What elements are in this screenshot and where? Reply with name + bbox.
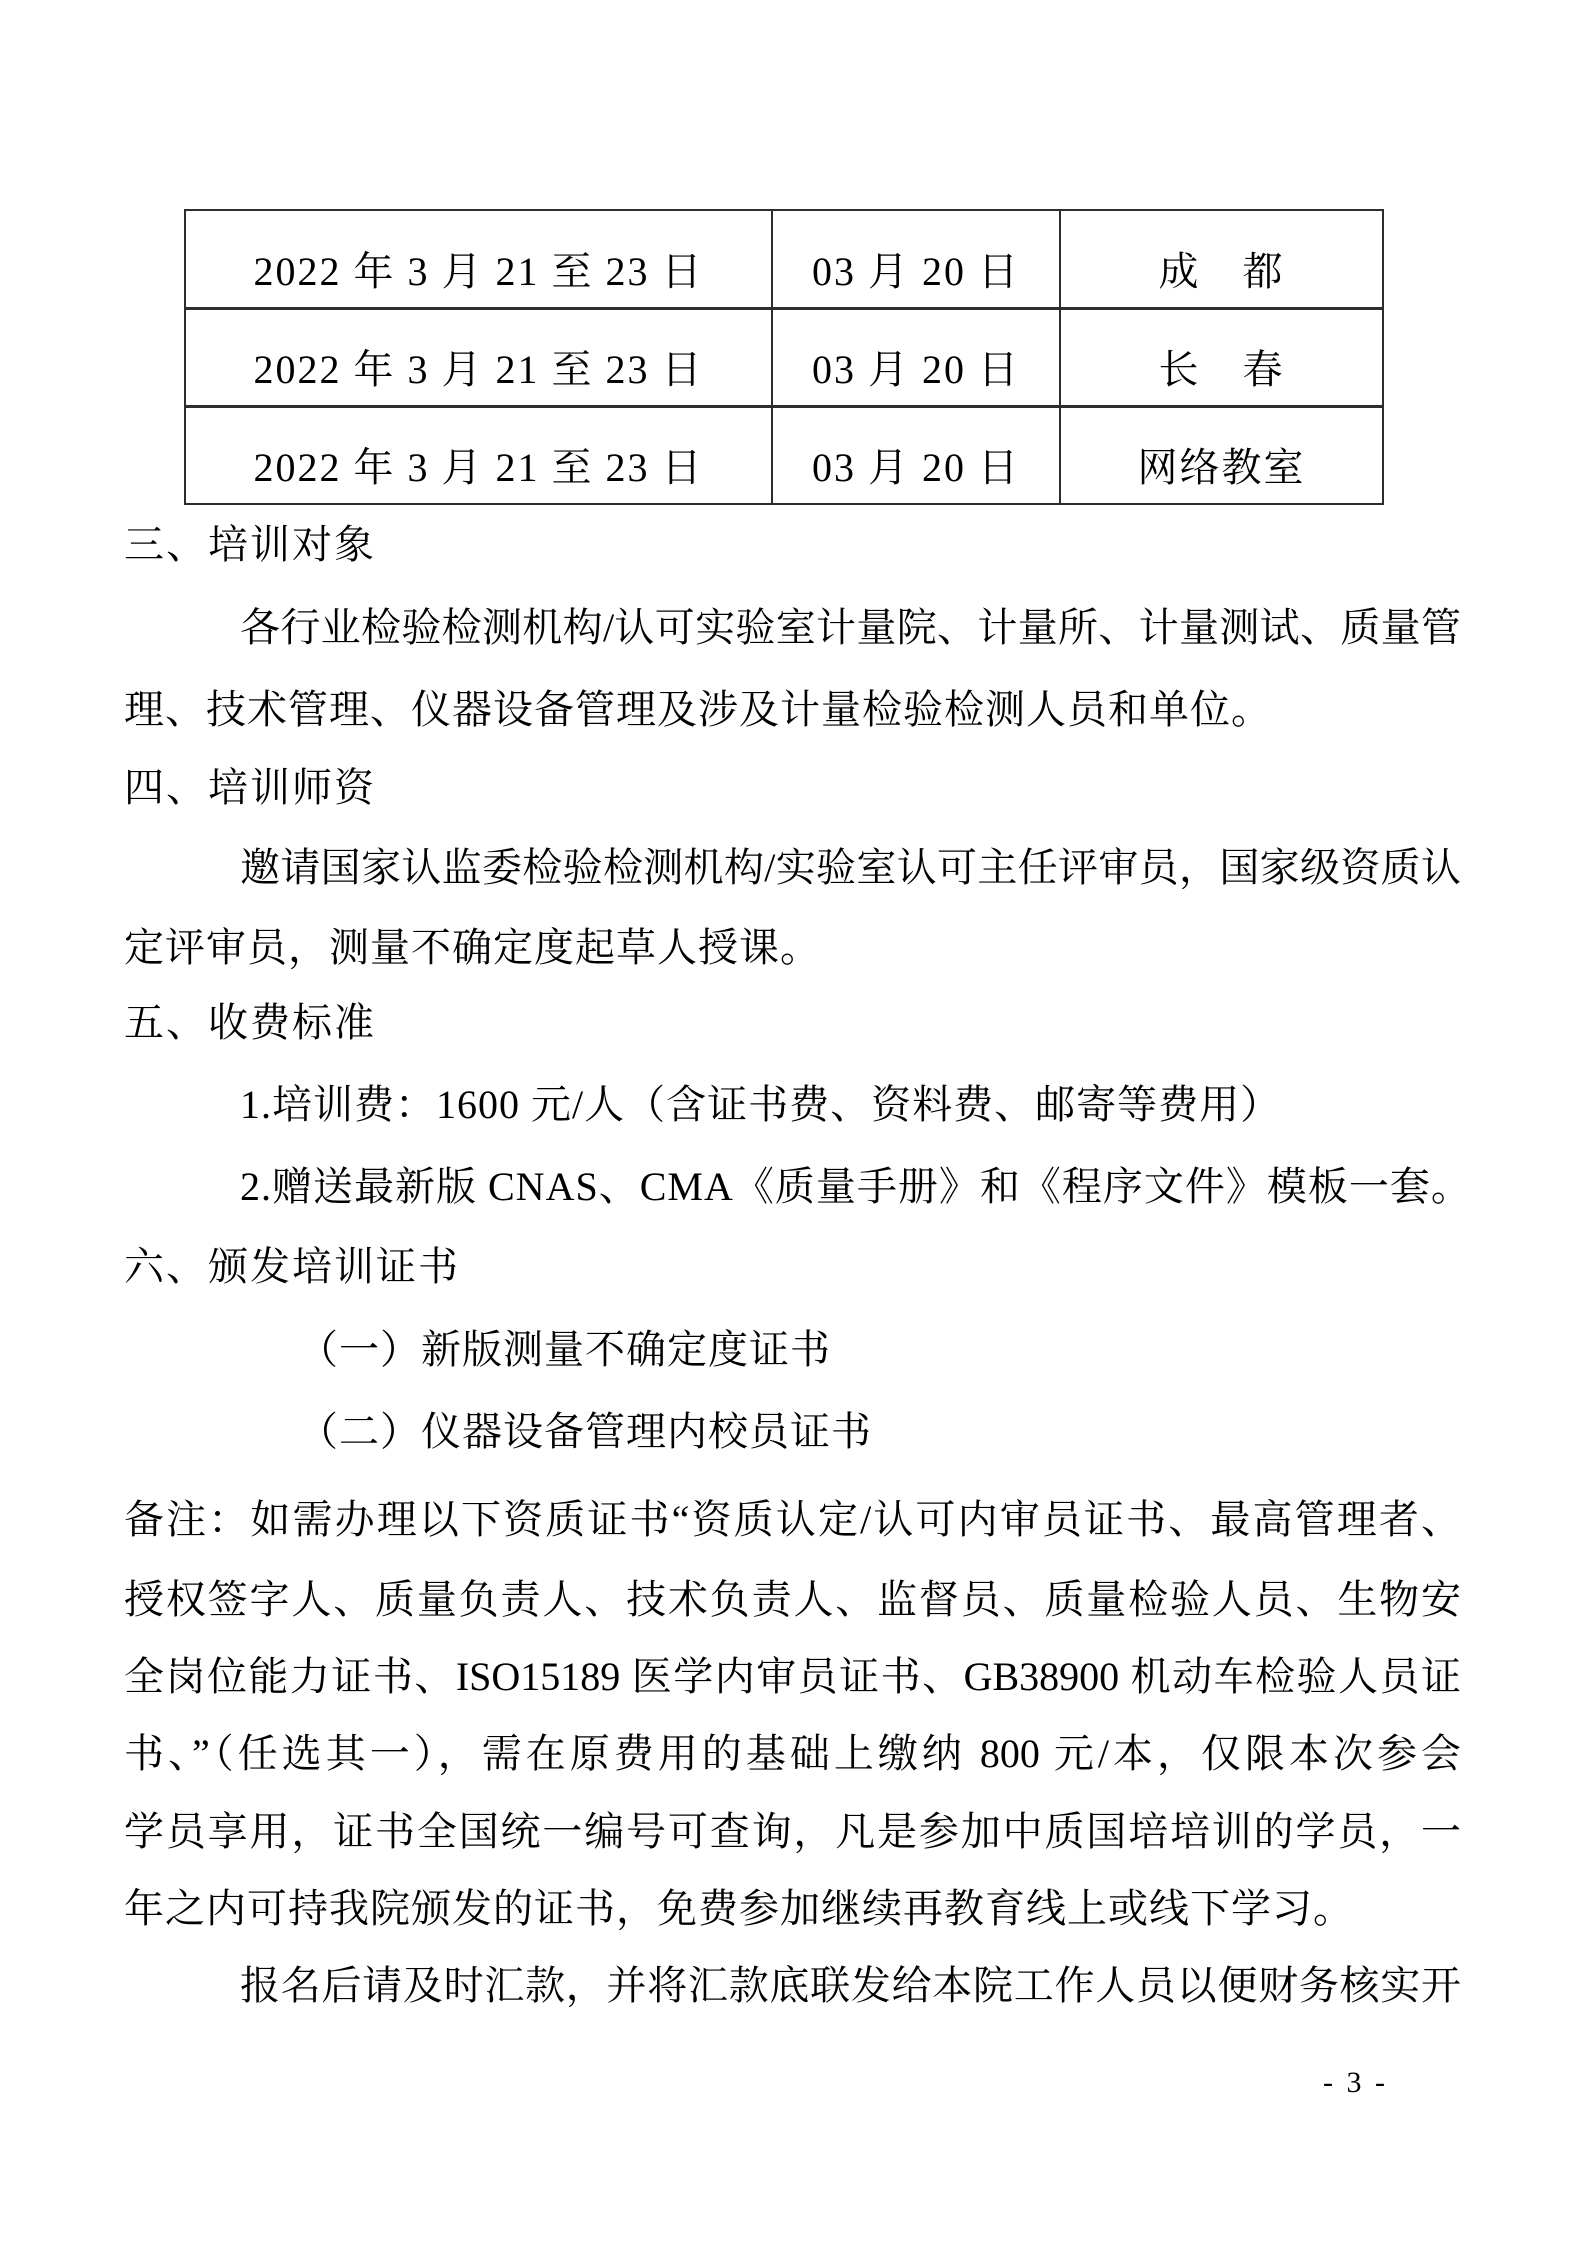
note-line: 书、”（任选其一），需在原费用的基础上缴纳 800 元/本，仅限本次参会 [124,1729,1461,1779]
section-heading-training-targets: 三、培训对象 [124,520,376,570]
body-line: 理、技术管理、仪器设备管理及涉及计量检验检测人员和单位。 [124,685,1272,735]
section-heading-training-faculty: 四、培训师资 [124,763,376,813]
body-line-fee-item-1: 1.培训费：1600 元/人（含证书费、资料费、邮寄等费用） [240,1080,1281,1130]
table-row: 2022 年 3 月 21 至 23 日 03 月 20 日 长 春 [185,308,1383,406]
cell-location: 网络教室 [1060,406,1383,504]
body-line: 各行业检验检测机构/认可实验室计量院、计量所、计量测试、质量管 [240,603,1461,653]
page-number: - 3 - [1323,2066,1388,2100]
training-schedule-table: 2022 年 3 月 21 至 23 日 03 月 20 日 成 都 2022 … [184,209,1384,505]
cell-location: 长 春 [1060,308,1383,406]
table-row: 2022 年 3 月 21 至 23 日 03 月 20 日 成 都 [185,210,1383,308]
cell-training-dates: 2022 年 3 月 21 至 23 日 [185,308,772,406]
cell-report-date: 03 月 20 日 [772,406,1060,504]
body-line: 邀请国家认监委检验检测机构/实验室认可主任评审员，国家级资质认 [240,843,1461,893]
body-line-certificate-1: （一）新版测量不确定度证书 [298,1325,831,1375]
cell-training-dates: 2022 年 3 月 21 至 23 日 [185,210,772,308]
note-line: 学员享用，证书全国统一编号可查询，凡是参加中质国培培训的学员，一 [124,1807,1461,1857]
body-line-remittance: 报名后请及时汇款，并将汇款底联发给本院工作人员以便财务核实开 [240,1961,1461,2011]
cell-training-dates: 2022 年 3 月 21 至 23 日 [185,406,772,504]
note-line: 授权签字人、质量负责人、技术负责人、监督员、质量检验人员、生物安 [124,1575,1461,1625]
section-heading-fee-standard: 五、收费标准 [124,998,376,1048]
cell-report-date: 03 月 20 日 [772,308,1060,406]
table-row: 2022 年 3 月 21 至 23 日 03 月 20 日 网络教室 [185,406,1383,504]
document-page: 2022 年 3 月 21 至 23 日 03 月 20 日 成 都 2022 … [0,0,1588,2245]
cell-report-date: 03 月 20 日 [772,210,1060,308]
note-line: 备注：如需办理以下资质证书“资质认定/认可内审员证书、最高管理者、 [124,1495,1461,1545]
body-line-certificate-2: （二）仪器设备管理内校员证书 [298,1407,872,1457]
note-line: 全岗位能力证书、ISO15189 医学内审员证书、GB38900 机动车检验人员… [124,1652,1461,1702]
note-line: 年之内可持我院颁发的证书，免费参加继续再教育线上或线下学习。 [124,1884,1354,1934]
section-heading-certificates: 六、颁发培训证书 [124,1242,460,1292]
body-line-fee-item-2: 2.赠送最新版 CNAS、CMA《质量手册》和《程序文件》模板一套。 [240,1162,1472,1212]
cell-location: 成 都 [1060,210,1383,308]
body-line: 定评审员，测量不确定度起草人授课。 [124,923,821,973]
